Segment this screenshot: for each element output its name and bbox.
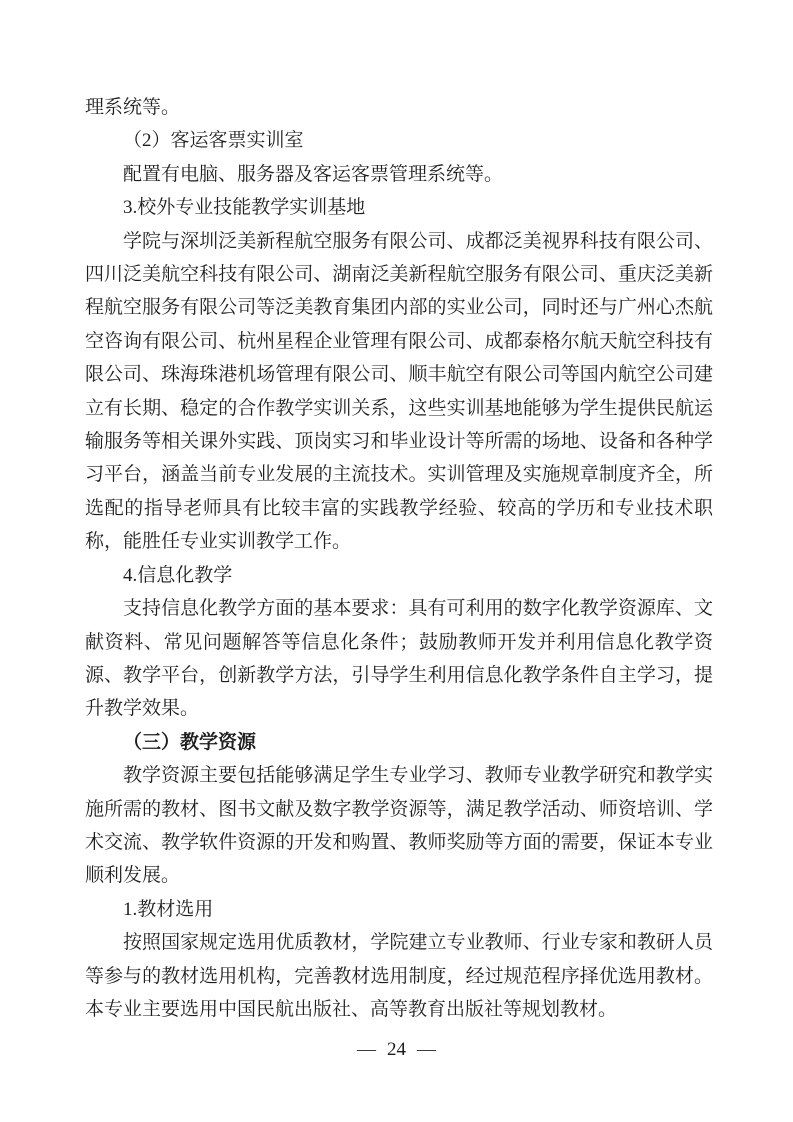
section-4-heading: 4.信息化教学 bbox=[85, 559, 713, 592]
body-paragraph: 配置有电脑、服务器及客运客票管理系统等。 bbox=[85, 158, 713, 191]
footer-dash-right: — bbox=[417, 1039, 436, 1060]
subsection-2-heading: （2）客运客票实训室 bbox=[85, 124, 713, 157]
page-footer: —24— bbox=[0, 1039, 793, 1061]
body-paragraph: 教学资源主要包括能够满足学生专业学习、教师专业教学研究和教学实施所需的教材、图书… bbox=[85, 759, 713, 893]
document-body: 理系统等。 （2）客运客票实训室 配置有电脑、服务器及客运客票管理系统等。 3.… bbox=[85, 91, 713, 1026]
body-paragraph: 按照国家规定选用优质教材，学院建立专业教师、行业专家和教研人员等参与的教材选用机… bbox=[85, 926, 713, 1026]
body-paragraph: 学院与深圳泛美新程航空服务有限公司、成都泛美视界科技有限公司、四川泛美航空科技有… bbox=[85, 225, 713, 559]
section-1-heading: 1.教材选用 bbox=[85, 893, 713, 926]
page-number: 24 bbox=[387, 1039, 406, 1060]
paragraph-continuation: 理系统等。 bbox=[85, 91, 713, 124]
heading-teaching-resources: （三）教学资源 bbox=[85, 726, 713, 759]
document-page: 理系统等。 （2）客运客票实训室 配置有电脑、服务器及客运客票管理系统等。 3.… bbox=[0, 0, 793, 1122]
section-3-heading: 3.校外专业技能教学实训基地 bbox=[85, 191, 713, 224]
body-paragraph: 支持信息化教学方面的基本要求：具有可利用的数字化教学资源库、文献资料、常见问题解… bbox=[85, 592, 713, 726]
footer-dash-left: — bbox=[357, 1039, 376, 1060]
